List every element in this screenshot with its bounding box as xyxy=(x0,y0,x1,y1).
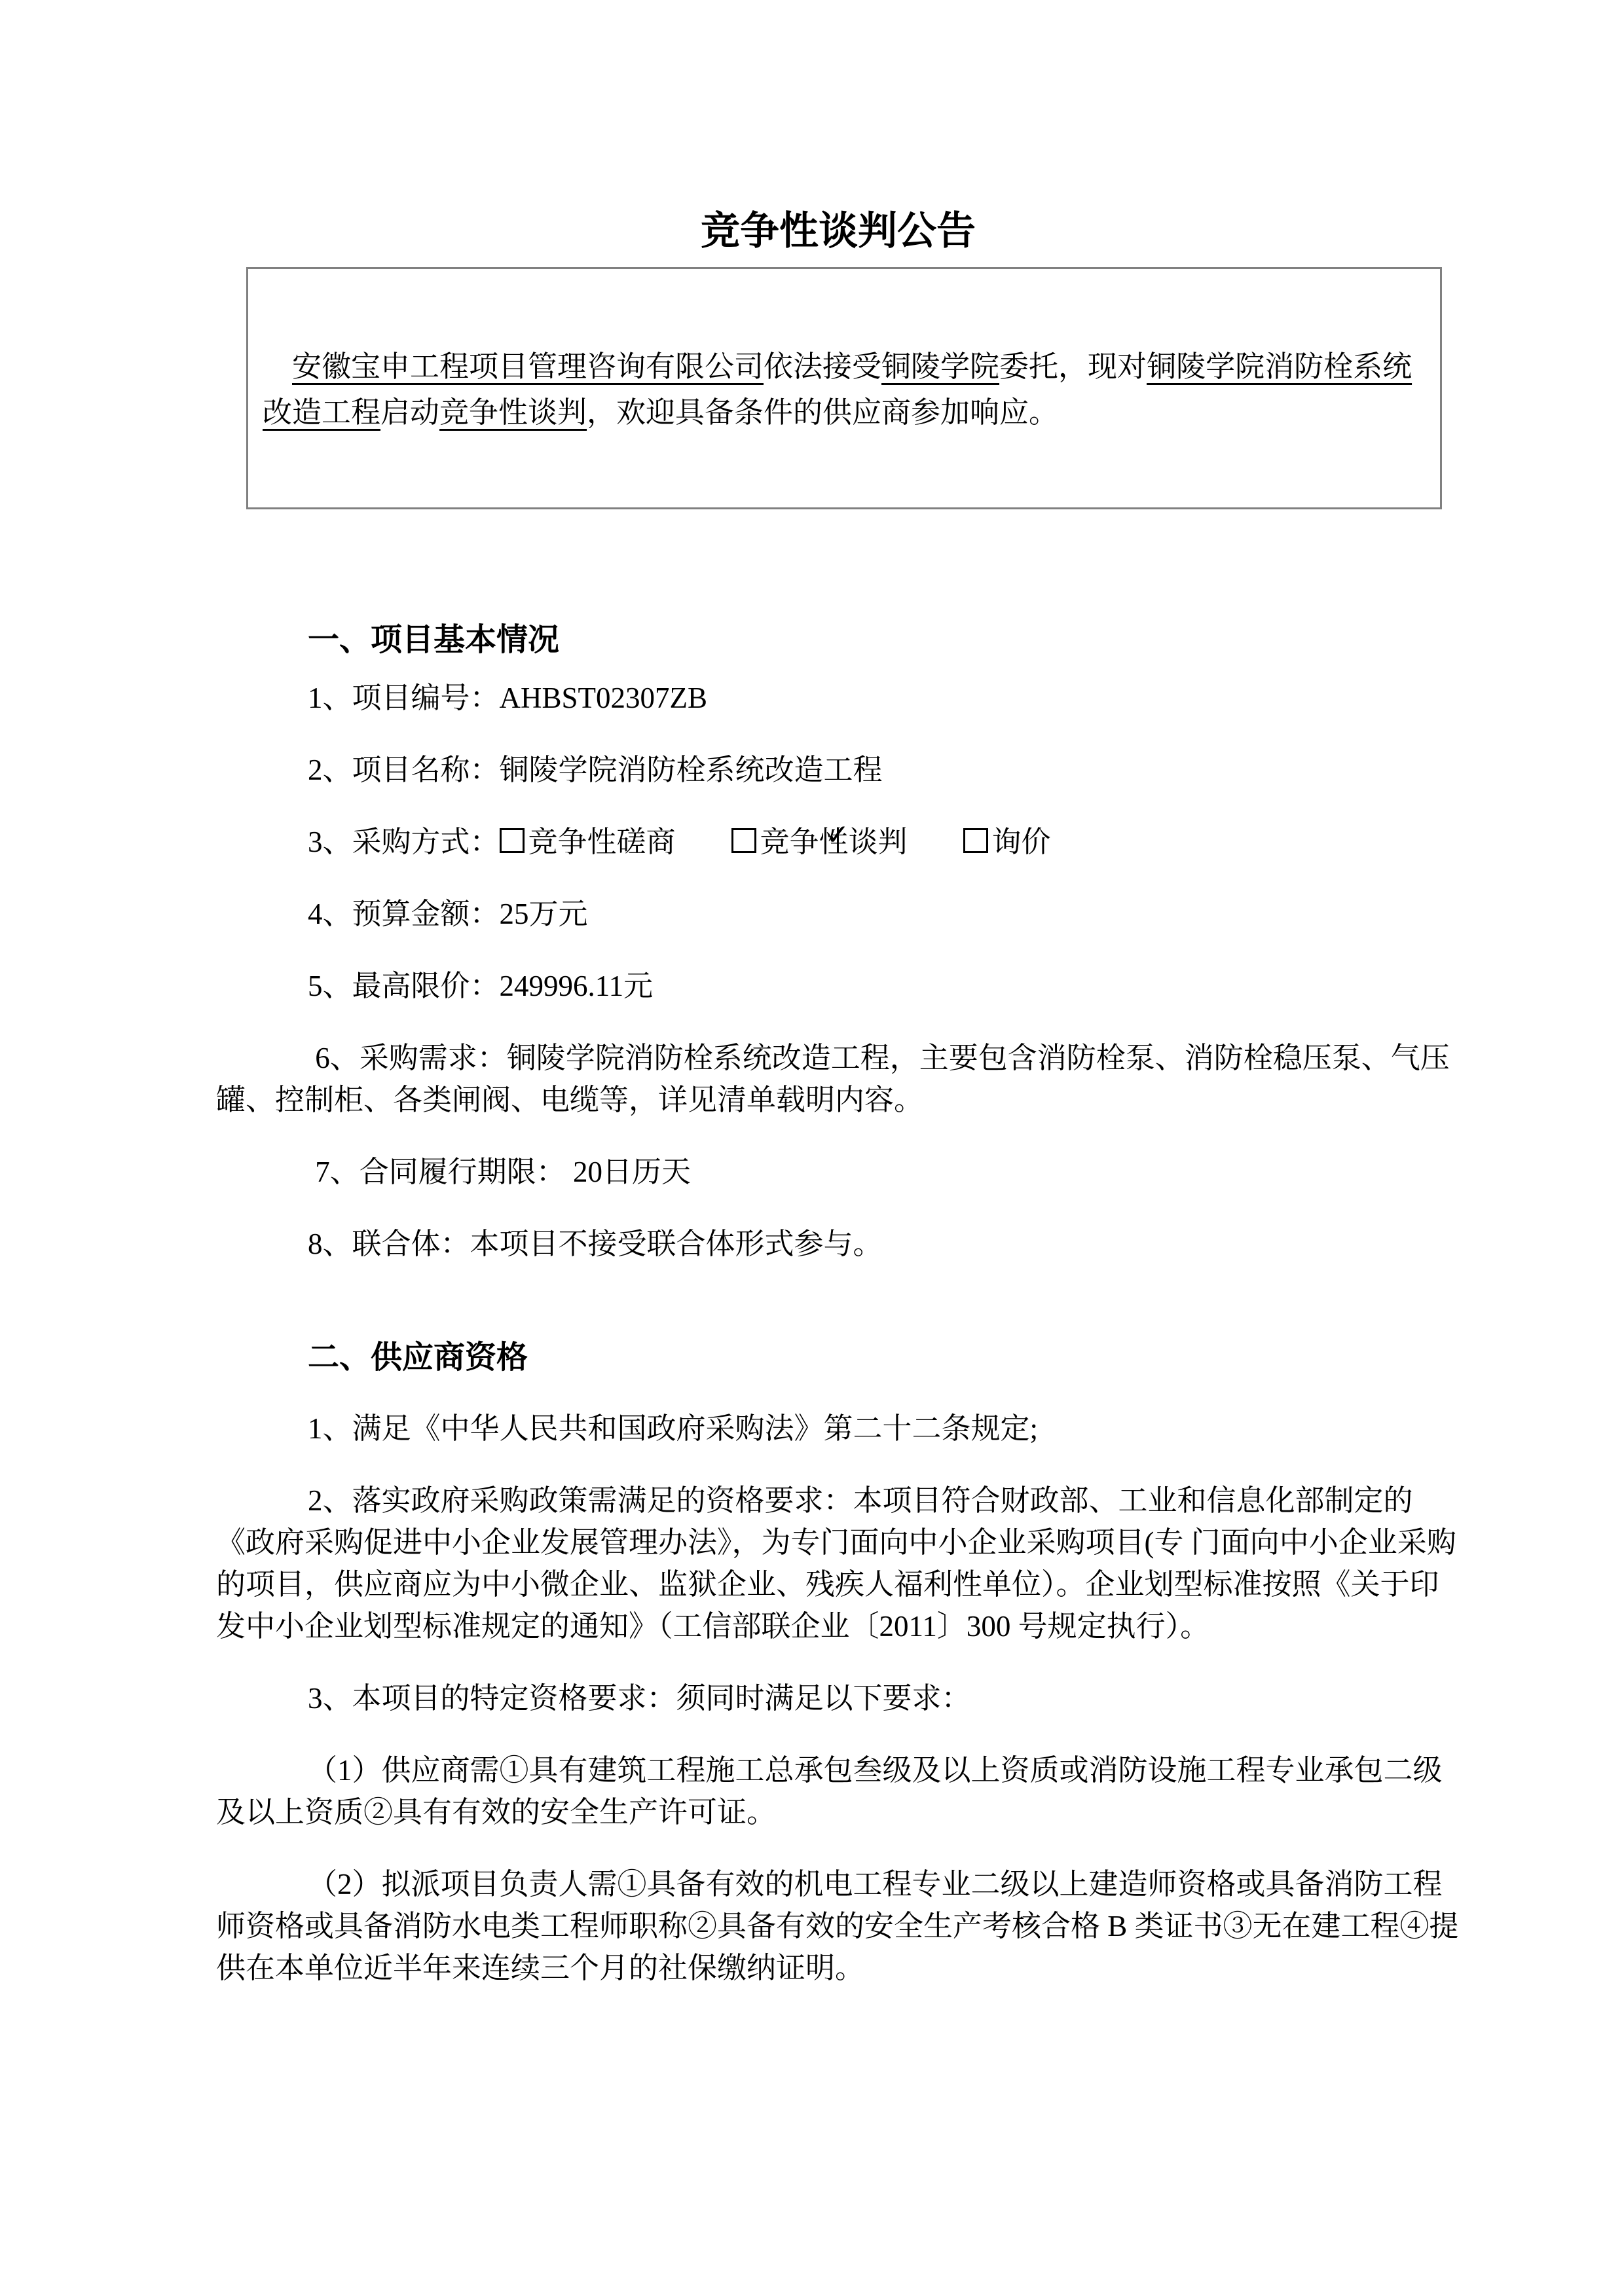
procurement-option: 竞争性磋商 xyxy=(500,826,676,858)
document-page: 竞争性谈判公告 安徽宝申工程项目管理咨询有限公司依法接受铜陵学院委托，现对铜陵学… xyxy=(0,0,1624,2296)
item-requirements: 6、采购需求：铜陵学院消防栓系统改造工程，主要包含消防栓泵、消防栓稳压泵、气压罐… xyxy=(216,1037,1460,1121)
underlined-text: 竞争性谈判 xyxy=(439,396,587,429)
item-sub-requirement-1: （1）供应商需①具有建筑工程施工总承包叁级及以上资质或消防设施工程专业承包二级及… xyxy=(216,1749,1460,1833)
procurement-option-label: 竞争性磋商 xyxy=(528,826,676,858)
section-1-heading: 一、项目基本情况 xyxy=(216,619,1460,661)
item-max-price: 5、最高限价：249996.11元 xyxy=(216,965,1460,1007)
procurement-option-label: 询价 xyxy=(992,826,1051,858)
item-policy-requirements: 2、落实政府采购政策需满足的资格要求：本项目符合财政部、工业和信息化部制定的《政… xyxy=(216,1480,1460,1647)
procurement-option: 询价 xyxy=(963,826,1051,858)
plain-text: ，欢迎具备条件的供应商参加响应。 xyxy=(587,396,1058,429)
item-budget: 4、预算金额：25万元 xyxy=(216,893,1460,935)
item-sub-requirement-2: （2）拟派项目负责人需①具备有效的机电工程专业二级以上建造师资格或具备消防工程师… xyxy=(216,1863,1460,1989)
procurement-option: 竞争性谈判 xyxy=(731,826,908,858)
checkbox-checked-icon xyxy=(731,828,756,853)
item-qualification-law: 1、满足《中华人民共和国政府采购法》第二十二条规定; xyxy=(216,1408,1460,1449)
item-project-number: 1、项目编号：AHBST02307ZB xyxy=(216,677,1460,719)
plain-text: 委托，现对 xyxy=(999,350,1147,383)
item-contract-period: 7、合同履行期限： 20日历天 xyxy=(216,1151,1460,1193)
plain-text: 依法接受 xyxy=(764,350,881,383)
checkbox-unchecked-icon xyxy=(963,828,988,853)
underlined-text: 铜陵学院 xyxy=(881,350,999,383)
checkbox-unchecked-icon xyxy=(500,828,525,853)
page-title: 竞争性谈判公告 xyxy=(216,208,1460,254)
item-project-name: 2、项目名称：铜陵学院消防栓系统改造工程 xyxy=(216,749,1460,791)
procurement-options: 竞争性磋商竞争性谈判询价 xyxy=(500,826,1051,858)
underlined-text: 安徽宝申工程项目管理咨询有限公司 xyxy=(292,350,764,383)
procurement-method-label: 3、采购方式： xyxy=(308,826,500,858)
item-procurement-method: 3、采购方式：竞争性磋商竞争性谈判询价 xyxy=(216,821,1460,863)
section-2-heading: 二、供应商资格 xyxy=(216,1337,1460,1379)
intro-paragraph: 安徽宝申工程项目管理咨询有限公司依法接受铜陵学院委托，现对铜陵学院消防栓系统改造… xyxy=(263,350,1412,429)
item-consortium: 8、联合体：本项目不接受联合体形式参与。 xyxy=(216,1223,1460,1265)
item-specific-requirements: 3、本项目的特定资格要求：须同时满足以下要求： xyxy=(216,1677,1460,1719)
plain-text: 启动 xyxy=(380,396,439,429)
intro-box: 安徽宝申工程项目管理咨询有限公司依法接受铜陵学院委托，现对铜陵学院消防栓系统改造… xyxy=(246,267,1442,509)
